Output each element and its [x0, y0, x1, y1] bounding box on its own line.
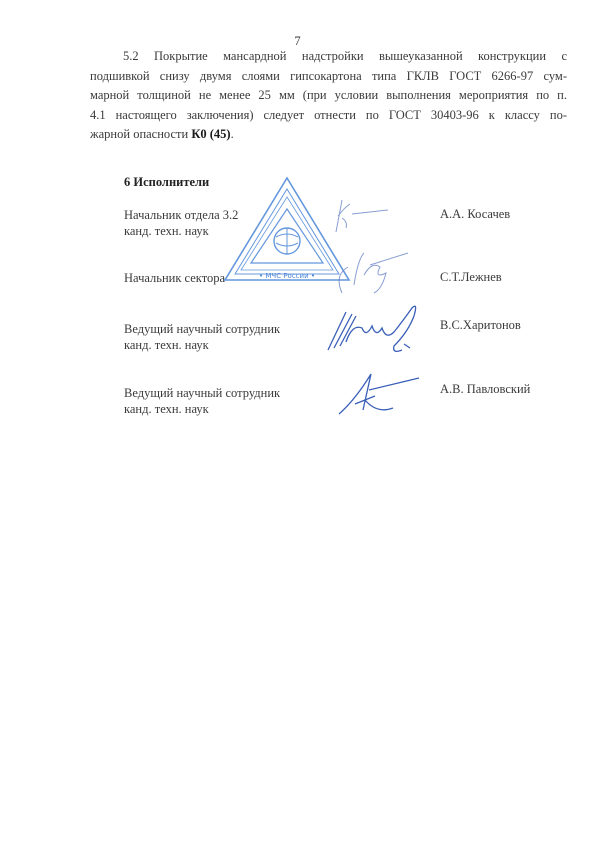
- executor-position: Начальник сектора: [124, 270, 225, 286]
- paragraph-5-2: 5.2 Покрытие мансардной надстройки вышеу…: [90, 47, 567, 145]
- signature-3-icon: [322, 302, 432, 362]
- paragraph-line: марной толщиной не менее 25 мм (при усло…: [90, 86, 567, 106]
- executor-3-title: Ведущий научный сотрудник канд. техн. на…: [124, 321, 280, 353]
- executor-name: А.А. Косачев: [440, 207, 510, 222]
- text-prefix: жарной опасности: [90, 127, 191, 141]
- executor-degree: канд. техн. наук: [124, 401, 280, 417]
- section-title: 6 Исполнители: [124, 175, 209, 190]
- stamp-text: • МЧС России •: [259, 272, 315, 280]
- executor-name: С.Т.Лежнев: [440, 270, 502, 285]
- paragraph-line: 5.2 Покрытие мансардной надстройки вышеу…: [90, 47, 567, 67]
- executor-4-title: Ведущий научный сотрудник канд. техн. на…: [124, 385, 280, 417]
- paragraph-line-last: жарной опасности К0 (45).: [90, 125, 567, 145]
- signature-4-icon: [335, 370, 420, 420]
- executor-position: Ведущий научный сотрудник: [124, 385, 280, 401]
- fire-class-value: К0 (45): [191, 127, 230, 141]
- executor-name: А.В. Павловский: [440, 382, 530, 397]
- paragraph-line: 4.1 настоящего заключения) следует отнес…: [90, 106, 567, 126]
- text-suffix: .: [231, 127, 234, 141]
- signature-2-icon: [330, 245, 410, 295]
- executor-position: Ведущий научный сотрудник: [124, 321, 280, 337]
- executor-2-title: Начальник сектора: [124, 270, 225, 286]
- executor-degree: канд. техн. наук: [124, 337, 280, 353]
- signature-1-icon: [328, 192, 398, 237]
- executor-name: В.С.Харитонов: [440, 318, 521, 333]
- paragraph-line: подшивкой снизу двумя слоями гипсокартон…: [90, 67, 567, 87]
